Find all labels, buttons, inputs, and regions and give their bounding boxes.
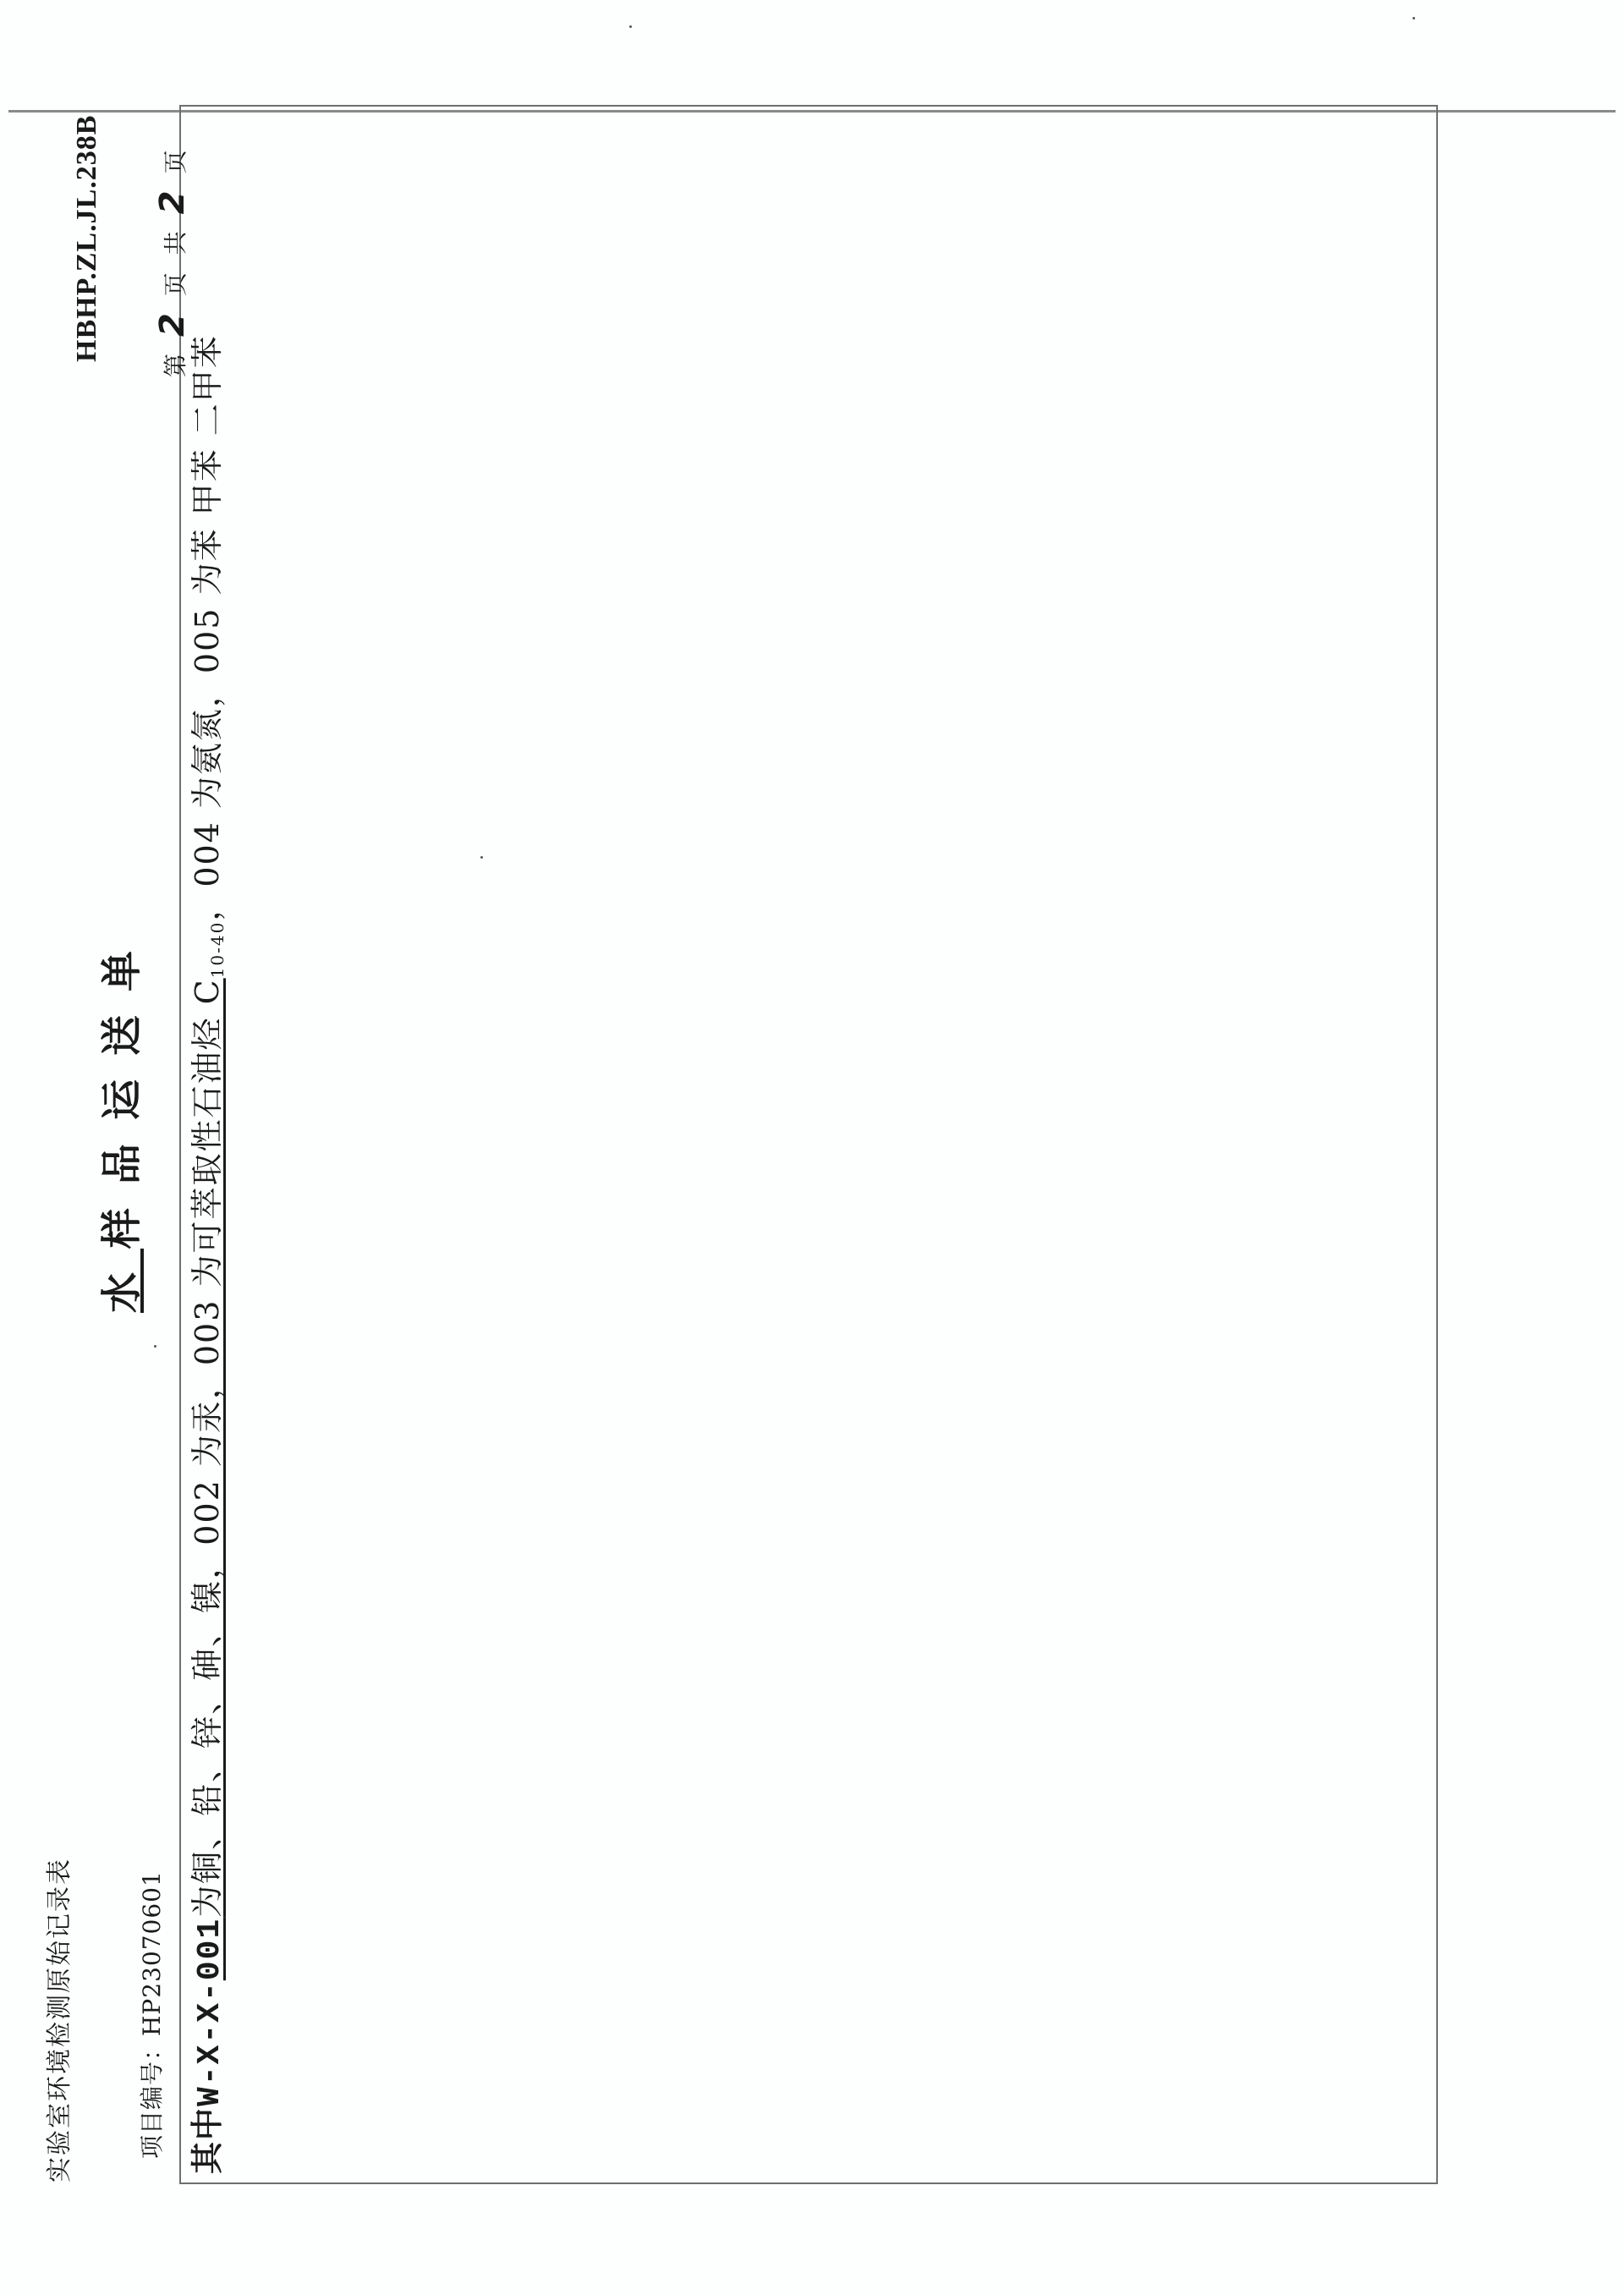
title-first-char: 水 — [98, 1249, 145, 1313]
page-suffix: 页 — [162, 145, 189, 173]
project-value: HP23070601 — [138, 1870, 166, 2036]
scan-speck — [1413, 17, 1415, 19]
project-number: 项目编号：HP23070601 — [140, 1870, 164, 2159]
scan-speck — [629, 25, 632, 28]
page-total: 2 — [153, 173, 192, 226]
note-subscript: 10-40 — [207, 921, 228, 979]
scan-speck — [480, 856, 483, 859]
page-prefix: 第 — [162, 349, 189, 377]
form-code: HBHP.ZL.JL.238B — [73, 115, 101, 362]
note-part2: ，004 为氨氮，005 为苯 甲苯 二甲苯 — [189, 334, 226, 920]
page-indicator: 第2页 共2页 — [156, 145, 189, 377]
page-current: 2 — [153, 296, 192, 349]
form-frame — [179, 105, 1438, 2184]
document-title: 水样品运送单 — [101, 927, 142, 1313]
scan-speck — [154, 1345, 156, 1348]
sample-note: 其中W-X-X-001为铜、铅、锌、砷、镍，002 为汞，003 为可萃取性石油… — [191, 334, 227, 2174]
project-label: 项目编号： — [138, 2036, 166, 2159]
note-part1: 为铜、铅、锌、砷、镍，002 为汞，003 为可萃取性石油烃 C — [189, 978, 226, 1917]
sample-id: W-X-X- — [192, 1980, 228, 2106]
page-mid: 页 共 — [162, 226, 189, 296]
note-prefix: 其中 — [188, 2106, 226, 2174]
record-table-title: 实验室环境检测原始记录表 — [47, 1858, 73, 2182]
title-rest: 样品运送单 — [98, 927, 145, 1249]
sample-id-suffix: 001 — [192, 1918, 228, 1980]
